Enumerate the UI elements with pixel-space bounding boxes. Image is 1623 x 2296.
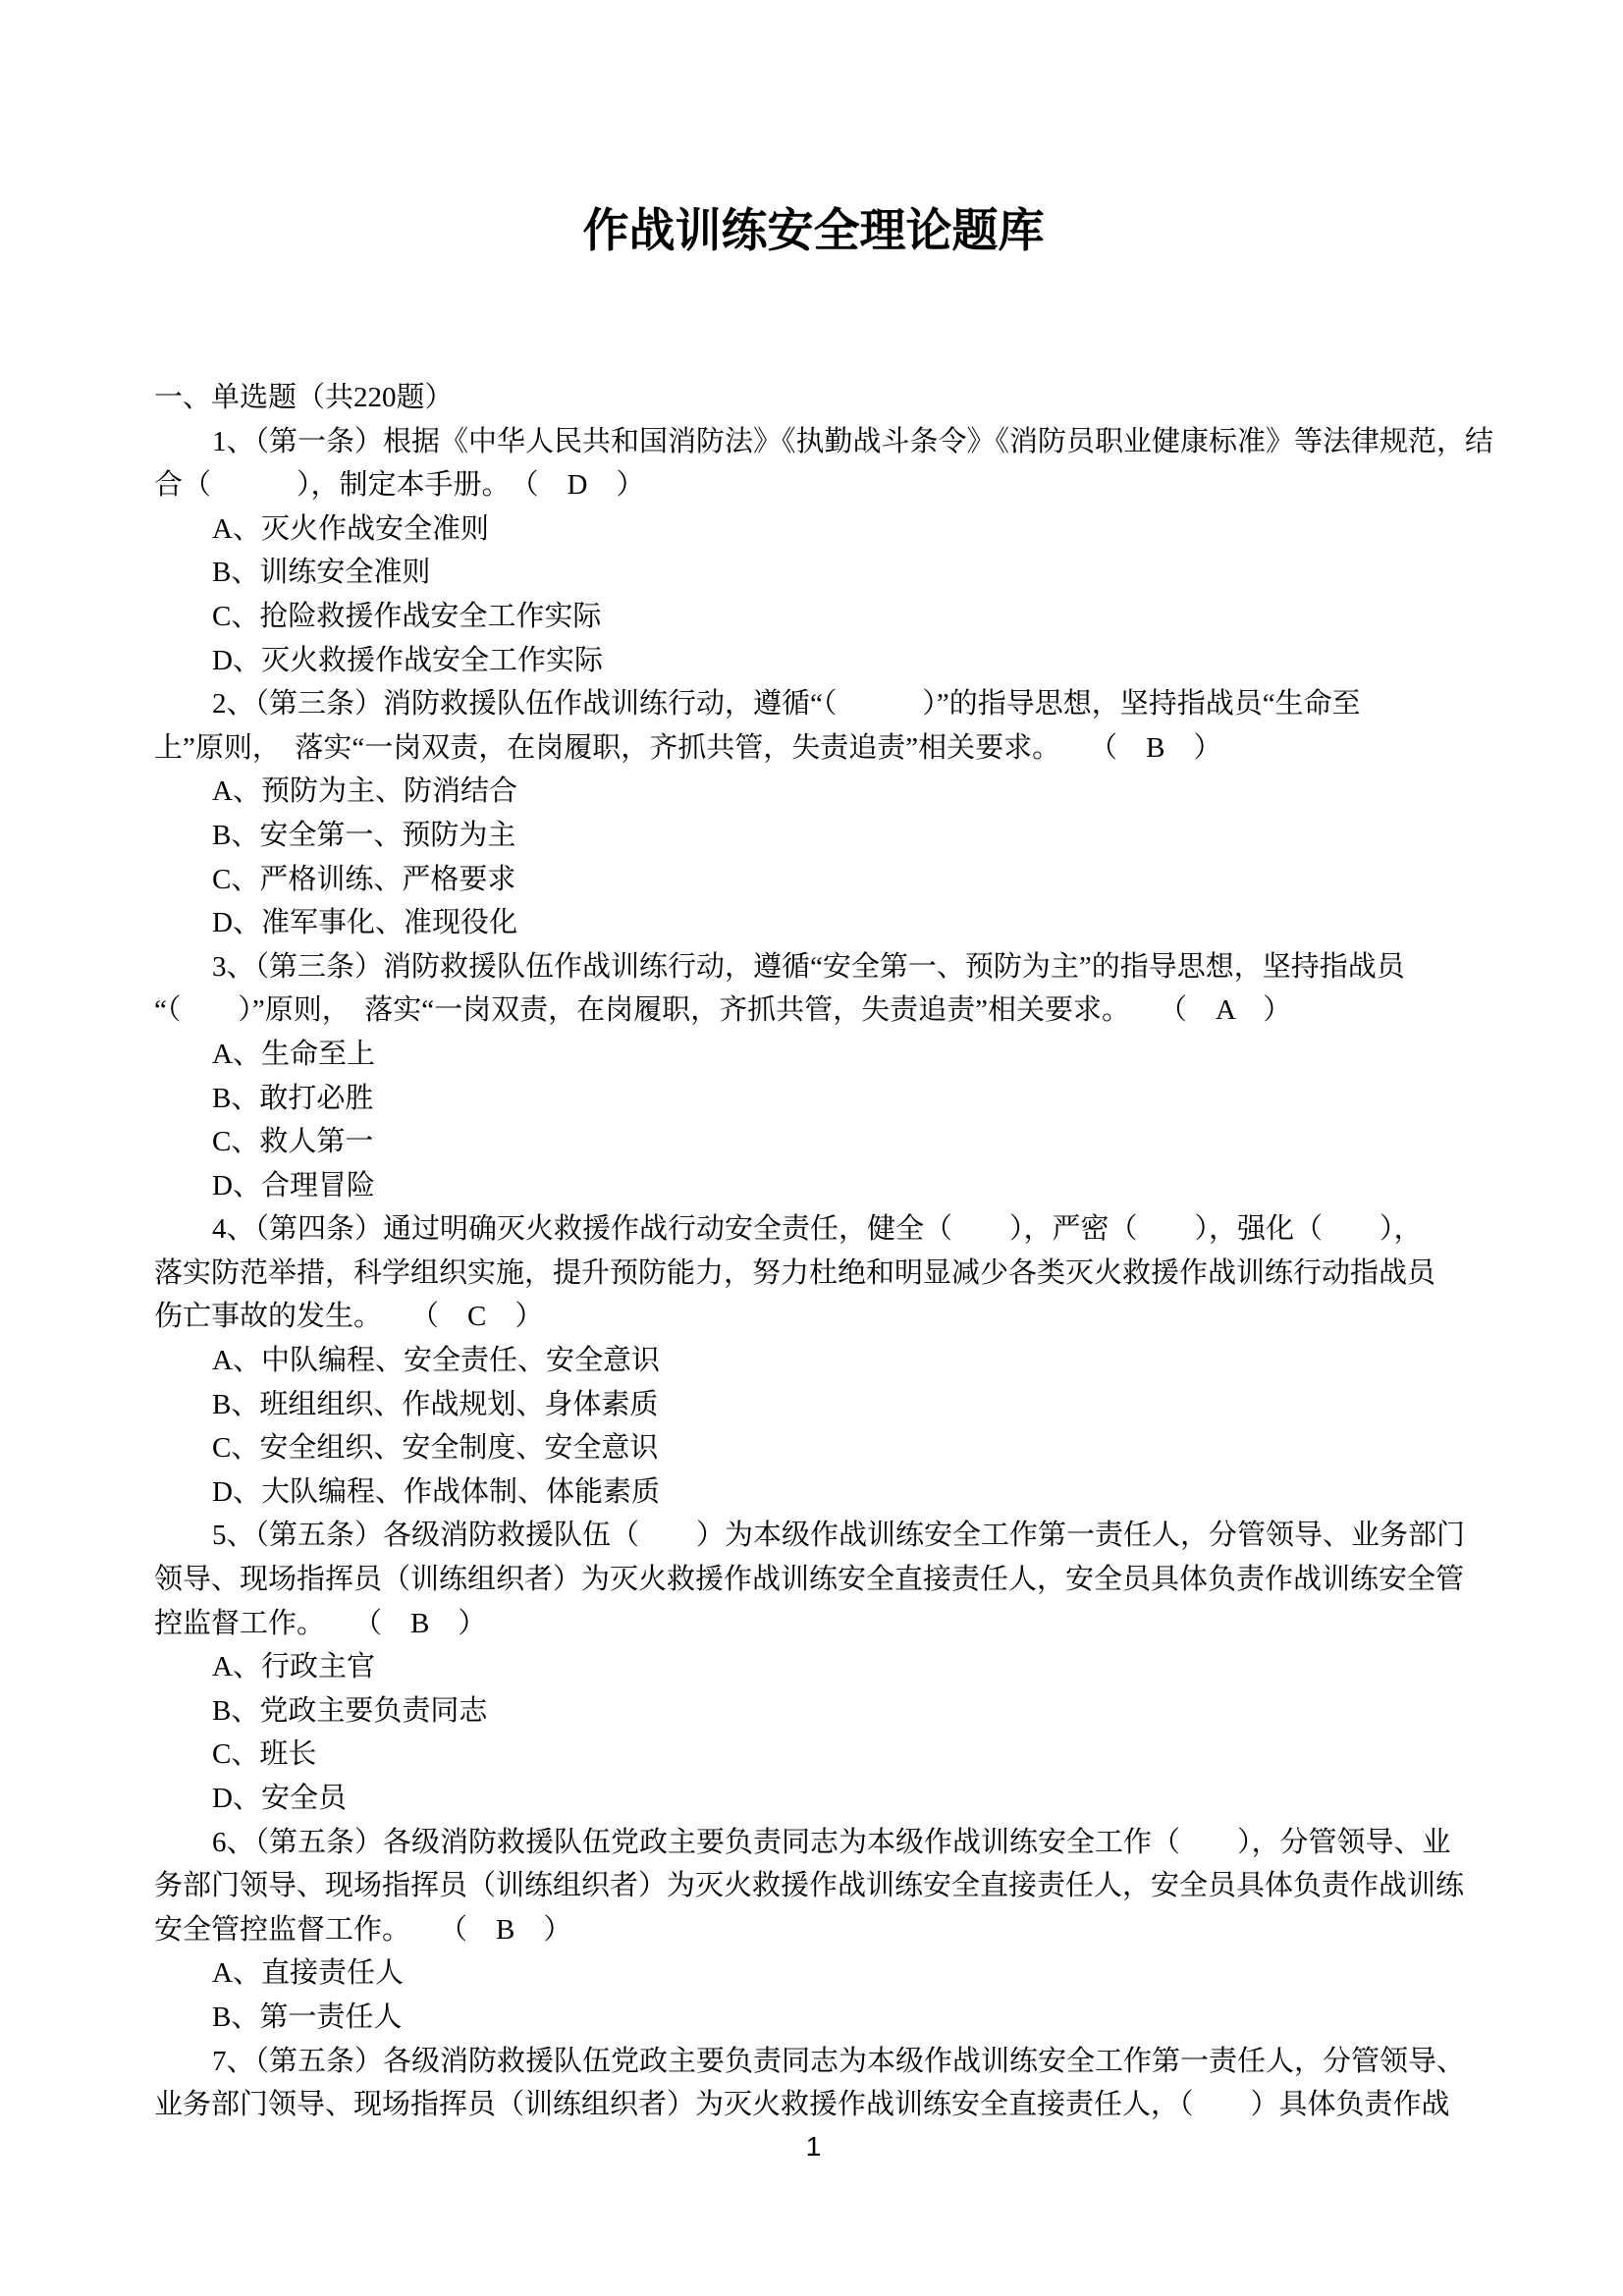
section-heading: 一、单选题（共220题） bbox=[154, 376, 1473, 420]
option-line: C、抢险救援作战安全工作实际 bbox=[154, 595, 1473, 639]
option-line: D、大队编程、作战体制、体能素质 bbox=[154, 1470, 1473, 1515]
question-block-7: 7、（第五条）各级消防救援队伍党政主要负责同志为本级作战训练安全工作第一责任人，… bbox=[154, 2040, 1473, 2127]
stem-line: “（ ）”原则， 落实“一岗双责，在岗履职，齐抓共管，失责追责”相关要求。 （ … bbox=[154, 988, 1473, 1033]
option-line: C、安全组织、安全制度、安全意识 bbox=[154, 1426, 1473, 1470]
option-line: B、班组组织、作战规划、身体素质 bbox=[154, 1383, 1473, 1427]
document-page: 作战训练安全理论题库 一、单选题（共220题） 1、（第一条）根据《中华人民共和… bbox=[0, 0, 1623, 2296]
question-block-6: 6、（第五条）各级消防救援队伍党政主要负责同志为本级作战训练安全工作（ ），分管… bbox=[154, 1821, 1473, 2040]
option-line: A、生命至上 bbox=[154, 1033, 1473, 1077]
stem-line: 伤亡事故的发生。 （ C ） bbox=[154, 1295, 1473, 1339]
stem-line: 领导、现场指挥员（训练组织者）为灭火救援作战训练安全直接责任人，安全员具体负责作… bbox=[154, 1558, 1473, 1602]
stem-line: 控监督工作。 （ B ） bbox=[154, 1602, 1473, 1646]
stem-line: 务部门领导、现场指挥员（训练组织者）为灭火救援作战训练安全直接责任人，安全员具体… bbox=[154, 1864, 1473, 1908]
option-line: D、灭火救援作战安全工作实际 bbox=[154, 639, 1473, 683]
question-block-1: 1、（第一条）根据《中华人民共和国消防法》《执勤战斗条令》《消防员职业健康标准》… bbox=[154, 420, 1473, 683]
option-line: D、合理冒险 bbox=[154, 1164, 1473, 1208]
stem-line: 6、（第五条）各级消防救援队伍党政主要负责同志为本级作战训练安全工作（ ），分管… bbox=[154, 1821, 1473, 1865]
option-line: A、灭火作战安全准则 bbox=[154, 507, 1473, 552]
stem-line: 3、（第三条）消防救援队伍作战训练行动，遵循“安全第一、预防为主”的指导思想，坚… bbox=[154, 945, 1473, 989]
option-line: C、救人第一 bbox=[154, 1120, 1473, 1164]
option-line: B、党政主要负责同志 bbox=[154, 1689, 1473, 1734]
stem-line: 4、（第四条）通过明确灭火救援作战行动安全责任，健全（ ），严密（ ），强化（ … bbox=[154, 1207, 1473, 1252]
question-block-5: 5、（第五条）各级消防救援队伍（ ）为本级作战训练安全工作第一责任人，分管领导、… bbox=[154, 1514, 1473, 1820]
stem-line: 上”原则， 落实“一岗双责，在岗履职，齐抓共管，失责追责”相关要求。 （ B ） bbox=[154, 726, 1473, 771]
option-line: B、敢打必胜 bbox=[154, 1077, 1473, 1121]
option-line: C、班长 bbox=[154, 1733, 1473, 1777]
question-block-4: 4、（第四条）通过明确灭火救援作战行动安全责任，健全（ ），严密（ ），强化（ … bbox=[154, 1207, 1473, 1514]
option-line: A、预防为主、防消结合 bbox=[154, 770, 1473, 814]
option-line: D、准军事化、准现役化 bbox=[154, 901, 1473, 945]
stem-line: 2、（第三条）消防救援队伍作战训练行动，遵循“（ ）”的指导思想，坚持指战员“生… bbox=[154, 682, 1473, 726]
option-line: B、第一责任人 bbox=[154, 1996, 1473, 2040]
question-block-2: 2、（第三条）消防救援队伍作战训练行动，遵循“（ ）”的指导思想，坚持指战员“生… bbox=[154, 682, 1473, 945]
stem-line: 安全管控监督工作。 （ B ） bbox=[154, 1908, 1473, 1952]
stem-line: 落实防范举措，科学组织实施，提升预防能力，努力杜绝和明显减少各类灭火救援作战训练… bbox=[154, 1252, 1473, 1296]
page-title: 作战训练安全理论题库 bbox=[154, 202, 1473, 261]
stem-line: 业务部门领导、现场指挥员（训练组织者）为灭火救援作战训练安全直接责任人，（ ）具… bbox=[154, 2083, 1473, 2127]
stem-line: 1、（第一条）根据《中华人民共和国消防法》《执勤战斗条令》《消防员职业健康标准》… bbox=[154, 420, 1473, 464]
option-line: C、严格训练、严格要求 bbox=[154, 858, 1473, 902]
document-body: 一、单选题（共220题） 1、（第一条）根据《中华人民共和国消防法》《执勤战斗条… bbox=[154, 376, 1473, 2127]
page-number: 1 bbox=[154, 2127, 1473, 2166]
stem-line: 7、（第五条）各级消防救援队伍党政主要负责同志为本级作战训练安全工作第一责任人，… bbox=[154, 2040, 1473, 2084]
option-line: D、安全员 bbox=[154, 1777, 1473, 1821]
option-line: A、直接责任人 bbox=[154, 1951, 1473, 1996]
option-line: B、安全第一、预防为主 bbox=[154, 814, 1473, 858]
stem-line: 合（ ），制定本手册。 （ D ） bbox=[154, 463, 1473, 507]
stem-line: 5、（第五条）各级消防救援队伍（ ）为本级作战训练安全工作第一责任人，分管领导、… bbox=[154, 1514, 1473, 1558]
option-line: B、训练安全准则 bbox=[154, 551, 1473, 595]
option-line: A、中队编程、安全责任、安全意识 bbox=[154, 1339, 1473, 1383]
question-block-3: 3、（第三条）消防救援队伍作战训练行动，遵循“安全第一、预防为主”的指导思想，坚… bbox=[154, 945, 1473, 1208]
option-line: A、行政主官 bbox=[154, 1645, 1473, 1689]
